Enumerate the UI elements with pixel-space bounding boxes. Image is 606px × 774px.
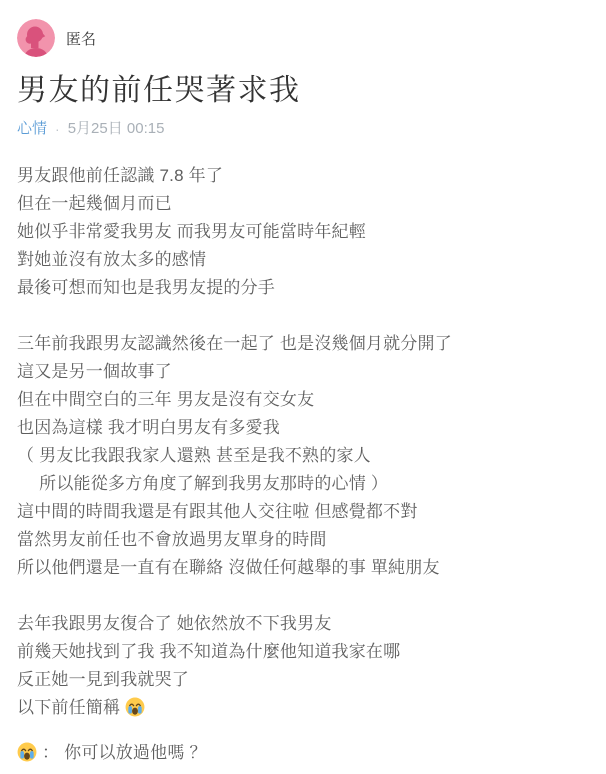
author-row: 匿名 <box>17 19 589 57</box>
post-body-last-line: ： 你可以放過他嗎 ？ <box>17 739 589 767</box>
meta-separator: · <box>55 119 60 139</box>
author-name: 匿名 <box>66 28 96 49</box>
post-body: 男友跟他前任認識 7.8 年了 但在一起幾個月而已 她似乎非常愛我男友 而我男友… <box>17 162 589 767</box>
avatar <box>17 19 55 57</box>
post-meta: 心情 · 5月25日 00:15 <box>17 119 589 139</box>
last-line-text: ： 你可以放過他嗎 ？ <box>42 743 207 762</box>
post-page: 匿名 男友的前任哭著求我 心情 · 5月25日 00:15 男友跟他前任認識 7… <box>0 0 606 767</box>
category-link[interactable]: 心情 <box>17 119 47 139</box>
post-body-text: 男友跟他前任認識 7.8 年了 但在一起幾個月而已 她似乎非常愛我男友 而我男友… <box>17 166 452 717</box>
post-title: 男友的前任哭著求我 <box>17 72 589 110</box>
post-body-main: 男友跟他前任認識 7.8 年了 但在一起幾個月而已 她似乎非常愛我男友 而我男友… <box>17 162 589 722</box>
crying-emoji-icon <box>125 697 145 717</box>
post-timestamp: 5月25日 00:15 <box>68 119 165 139</box>
female-silhouette-icon <box>17 19 55 57</box>
crying-emoji-icon <box>17 742 37 762</box>
